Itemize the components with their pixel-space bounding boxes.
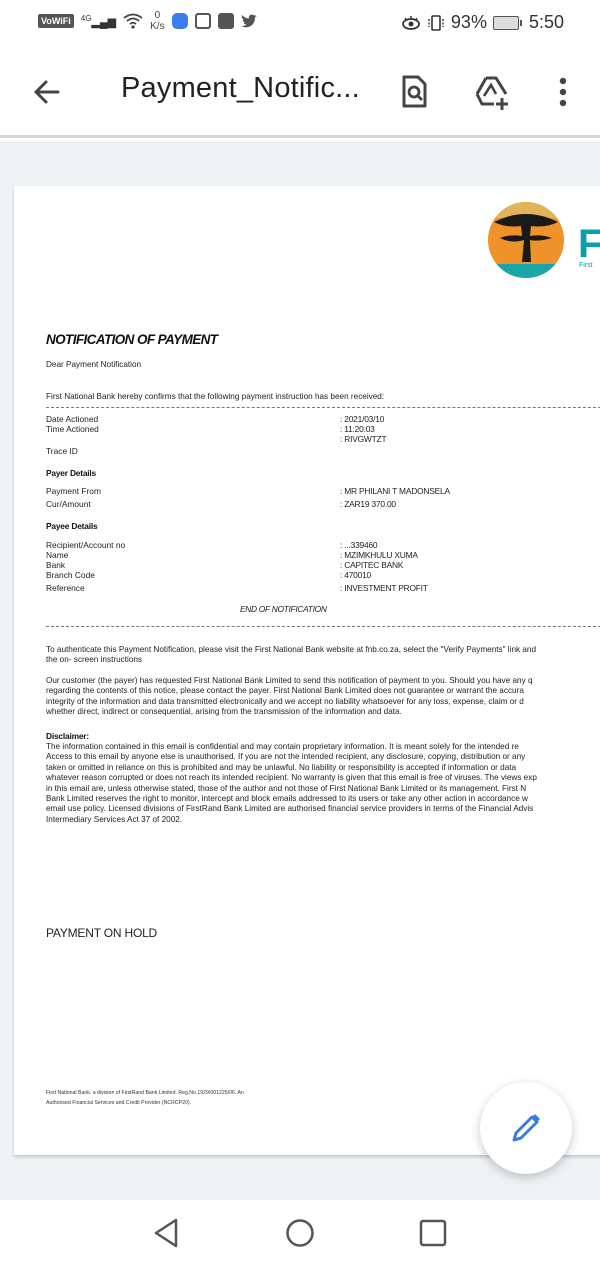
value-name: : MZIMKHULU XUMA: [340, 550, 418, 560]
customer-paragraph: Our customer (the payer) has requested F…: [46, 676, 600, 718]
back-arrow-icon[interactable]: [28, 72, 68, 112]
status-bar: VoWiFi 4G▂▄▆ 0K/s 93% 5:50: [0, 0, 600, 46]
label-bank: Bank: [46, 560, 65, 570]
vibrate-icon: [427, 14, 445, 32]
pdf-viewer[interactable]: F First NOTIFICATION OF PAYMENT Dear Pay…: [0, 141, 600, 1200]
fnb-tree-logo: [486, 200, 566, 280]
payee-details-heading: Payee Details: [46, 521, 97, 531]
label-recipient-account: Recipient/Account no: [46, 540, 125, 550]
wifi-icon: [123, 13, 143, 29]
intro-text: First National Bank hereby confirms that…: [46, 392, 384, 401]
add-to-drive-icon[interactable]: [472, 72, 512, 112]
value-trace-id: : RIVGWTZT: [340, 434, 386, 444]
value-time-actioned: : 11:20:03: [340, 424, 375, 434]
divider: [46, 626, 600, 627]
clock: 5:50: [529, 12, 564, 33]
document-title: Payment_Notific...: [121, 72, 360, 105]
edit-fab-button[interactable]: [480, 1082, 572, 1174]
payer-details-heading: Payer Details: [46, 468, 96, 478]
network-speed: 0K/s: [150, 10, 164, 32]
notification-heading: NOTIFICATION OF PAYMENT: [46, 332, 217, 347]
news-app-icon: [195, 13, 211, 29]
disclaimer-paragraph: The information contained in this email …: [46, 742, 600, 825]
shop-app-icon: [218, 13, 234, 29]
label-trace-id: Trace ID: [46, 446, 78, 456]
value-payment-from: : MR PHILANI T MADONSELA: [340, 486, 450, 496]
vowifi-icon: VoWiFi: [38, 14, 74, 28]
system-nav-bar: [0, 1200, 600, 1267]
nav-home-icon[interactable]: [283, 1216, 317, 1250]
nav-back-icon[interactable]: [150, 1216, 184, 1250]
find-in-page-icon[interactable]: [394, 72, 434, 112]
value-cur-amount: : ZAR19 370.00: [340, 499, 396, 509]
value-bank: : CAPITEC BANK: [340, 560, 403, 570]
shield-app-icon: [172, 13, 188, 29]
label-time-actioned: Time Actioned: [46, 424, 99, 434]
value-reference: : INVESTMENT PROFIT: [340, 583, 428, 593]
label-reference: Reference: [46, 583, 85, 593]
value-recipient-account: : ...339460: [340, 540, 377, 550]
label-branch-code: Branch Code: [46, 570, 95, 580]
battery-icon: [493, 16, 519, 30]
fnb-logo-letter: F: [578, 222, 600, 267]
footer-text: First National Bank, a division of First…: [46, 1088, 244, 1108]
disclaimer-heading: Disclaimer:: [46, 731, 89, 741]
end-of-notification: END OF NOTIFICATION: [240, 604, 327, 614]
pdf-page: F First NOTIFICATION OF PAYMENT Dear Pay…: [14, 186, 600, 1155]
auth-paragraph: To authenticate this Payment Notificatio…: [46, 645, 600, 666]
divider: [46, 407, 600, 408]
twitter-icon: [241, 14, 257, 28]
value-date-actioned: : 2021/03/10: [340, 414, 384, 424]
battery-percent: 93%: [451, 12, 487, 33]
more-vert-icon[interactable]: [543, 72, 583, 112]
cell-signal-icon: 4G▂▄▆: [81, 14, 116, 29]
fnb-logo-subtitle: First: [579, 262, 593, 269]
label-date-actioned: Date Actioned: [46, 414, 98, 424]
edit-pencil-icon: [508, 1110, 544, 1146]
label-cur-amount: Cur/Amount: [46, 499, 91, 509]
eye-comfort-icon: [401, 15, 421, 31]
nav-recents-icon[interactable]: [416, 1216, 450, 1250]
label-payment-from: Payment From: [46, 486, 101, 496]
greeting: Dear Payment Notification: [46, 360, 141, 369]
payment-on-hold-text: PAYMENT ON HOLD: [46, 926, 157, 940]
label-name: Name: [46, 550, 68, 560]
app-bar: Payment_Notific...: [0, 46, 600, 138]
value-branch-code: : 470010: [340, 570, 371, 580]
